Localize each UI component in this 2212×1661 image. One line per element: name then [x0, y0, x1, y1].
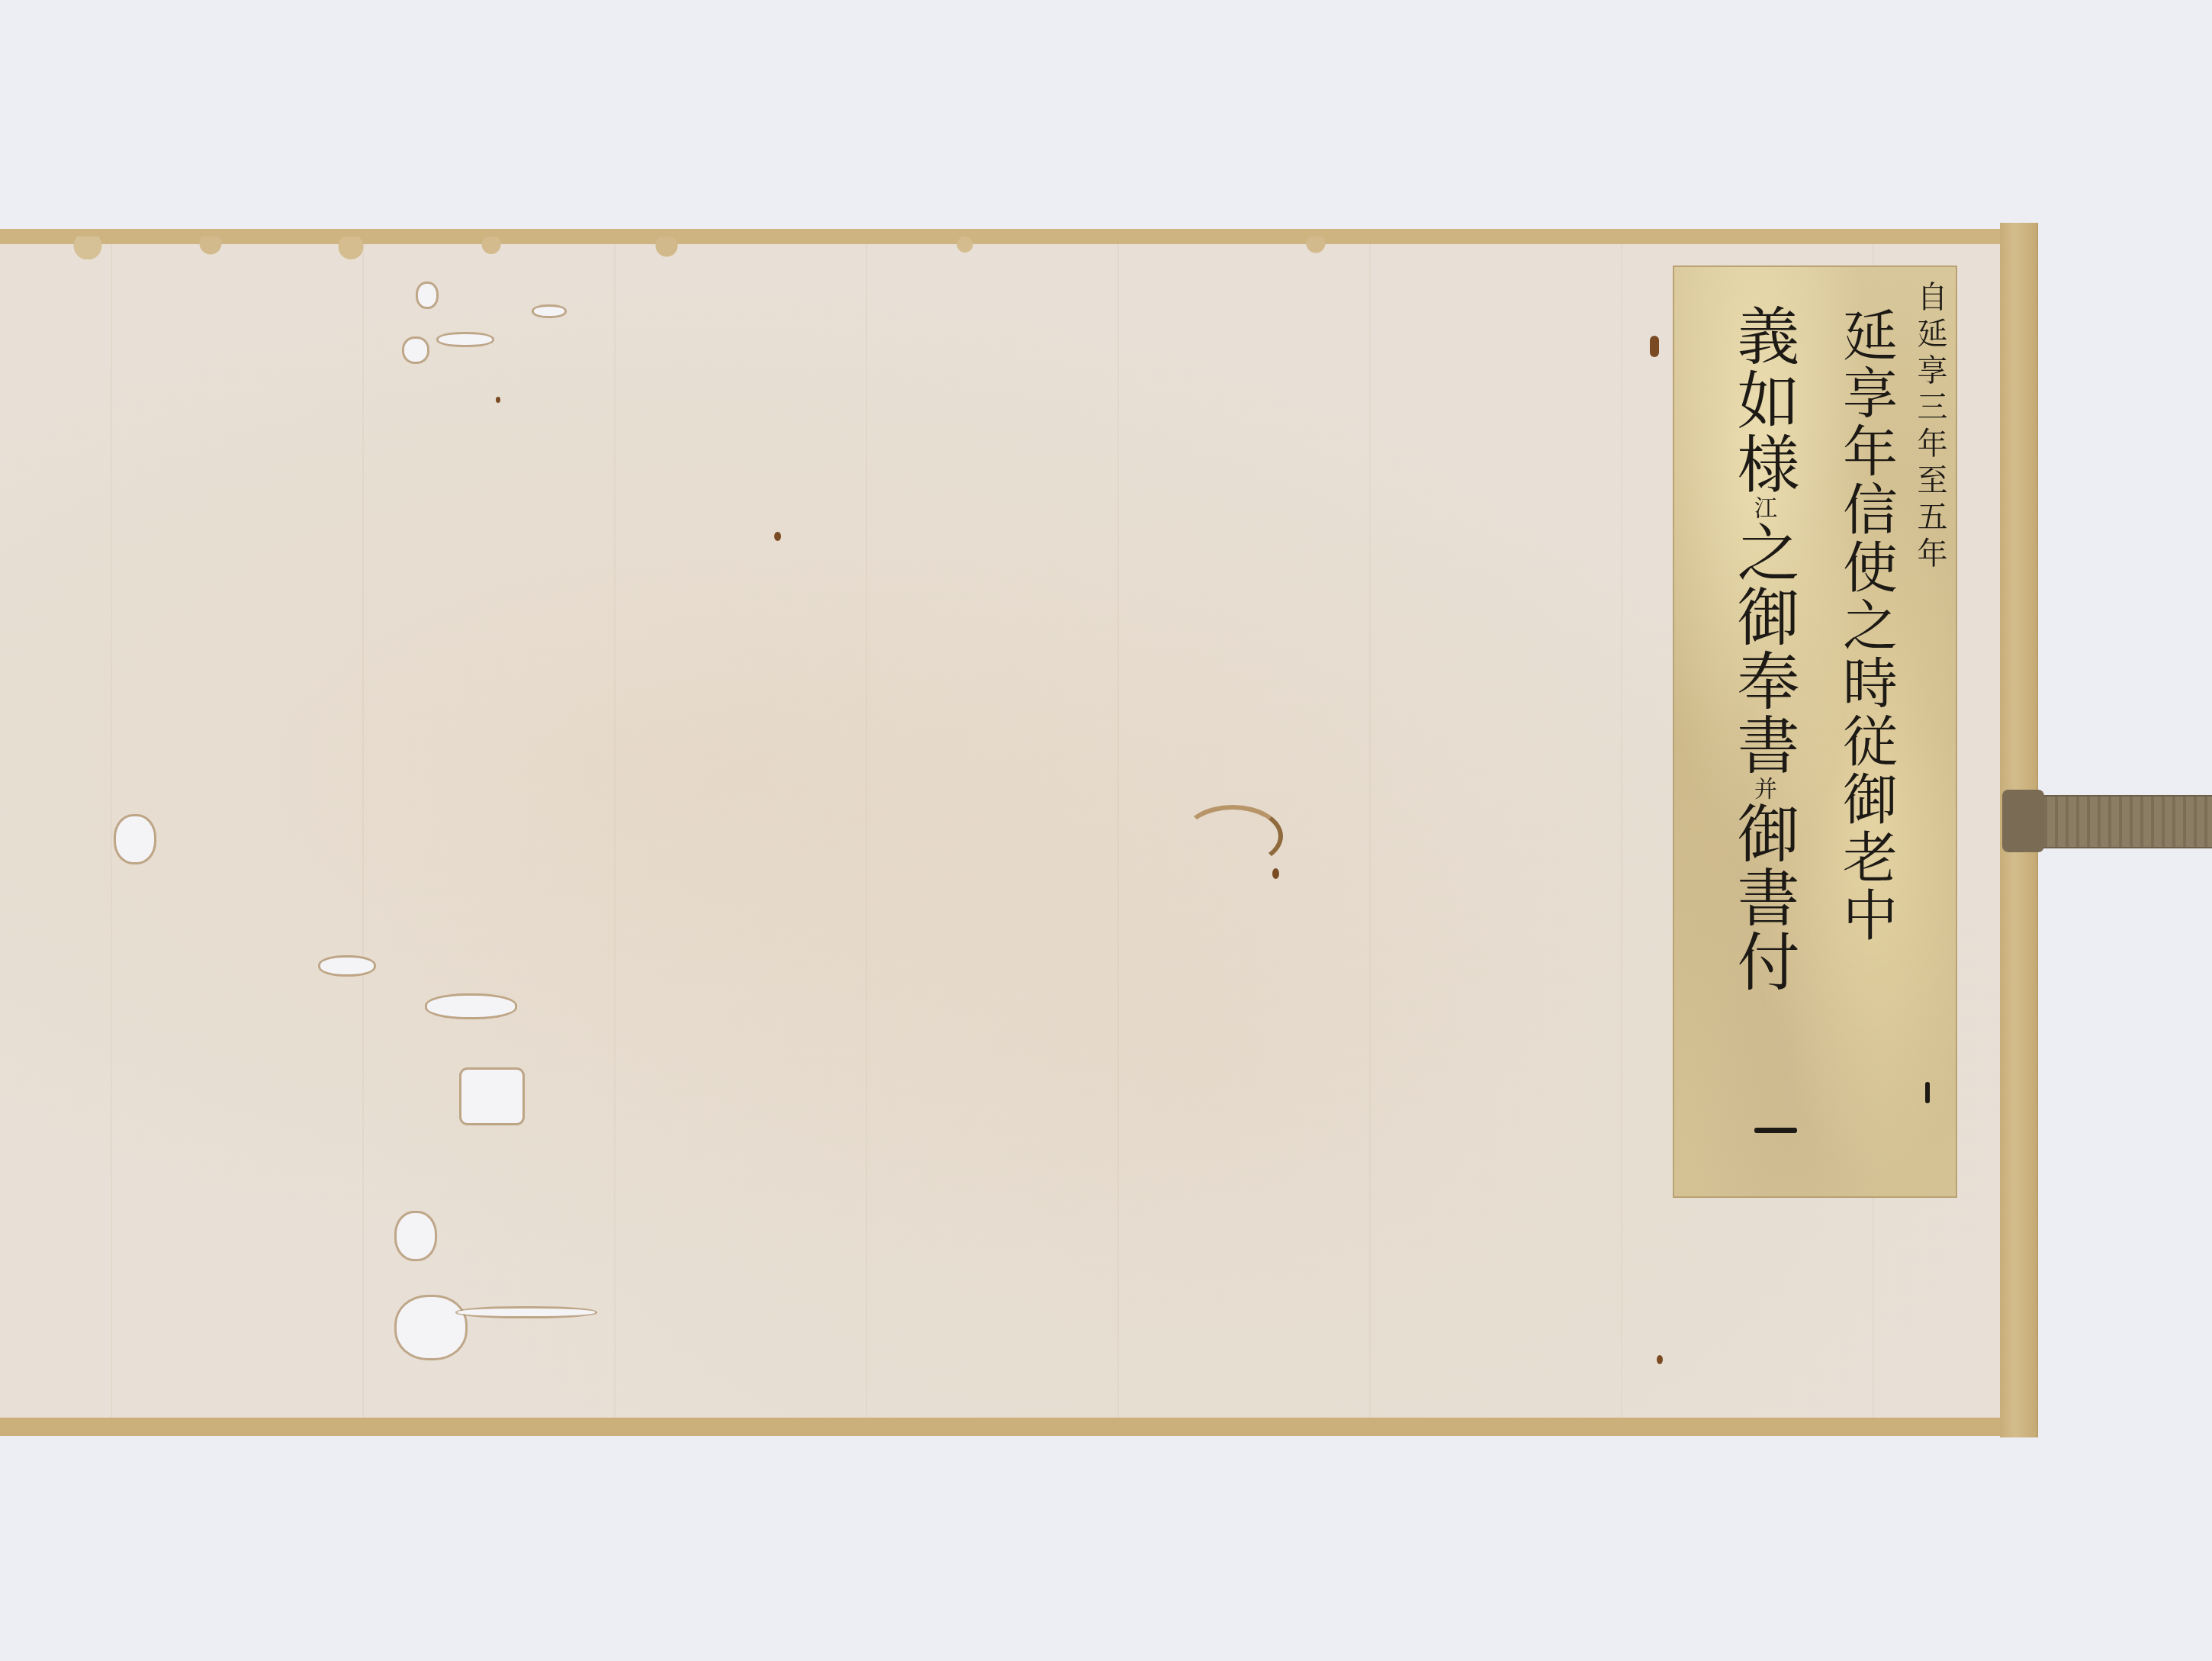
wormhole: [461, 1070, 522, 1123]
wormhole: [534, 307, 564, 316]
wormhole: [458, 1309, 595, 1316]
wormhole: [427, 996, 515, 1017]
volume-numeral: [1754, 1128, 1797, 1133]
label-text: 御書付: [1727, 801, 1799, 993]
label-title-small: 自延享三年至五年: [1915, 281, 1945, 574]
stain-spot: [1650, 336, 1659, 357]
wormhole: [397, 1297, 465, 1358]
stain-spot: [774, 532, 781, 541]
label-note: 江: [1750, 496, 1776, 520]
wormhole: [404, 339, 427, 362]
scroll-bottom-border: [0, 1418, 2033, 1436]
stain-spot: [496, 397, 500, 403]
label-title-main: 延享年信使之時従御老中: [1838, 307, 1893, 945]
insect-trail: [1182, 805, 1283, 868]
wormhole: [116, 816, 154, 862]
label-text: 之御奉書: [1727, 520, 1799, 777]
frayed-top-edge: [0, 237, 1754, 259]
ink-tick-mark: [1925, 1082, 1930, 1103]
wormhole: [397, 1213, 435, 1259]
stain-spot: [1657, 1355, 1663, 1364]
wormhole: [320, 958, 374, 974]
wormhole: [418, 284, 436, 307]
cord-knot: [2002, 790, 2044, 852]
label-note: 并: [1750, 777, 1776, 801]
stain-spot: [1272, 868, 1279, 879]
label-title-large: 義如様江之御奉書并御書付: [1731, 304, 1794, 993]
wormhole: [439, 334, 492, 345]
label-text: 義如様: [1727, 304, 1799, 496]
